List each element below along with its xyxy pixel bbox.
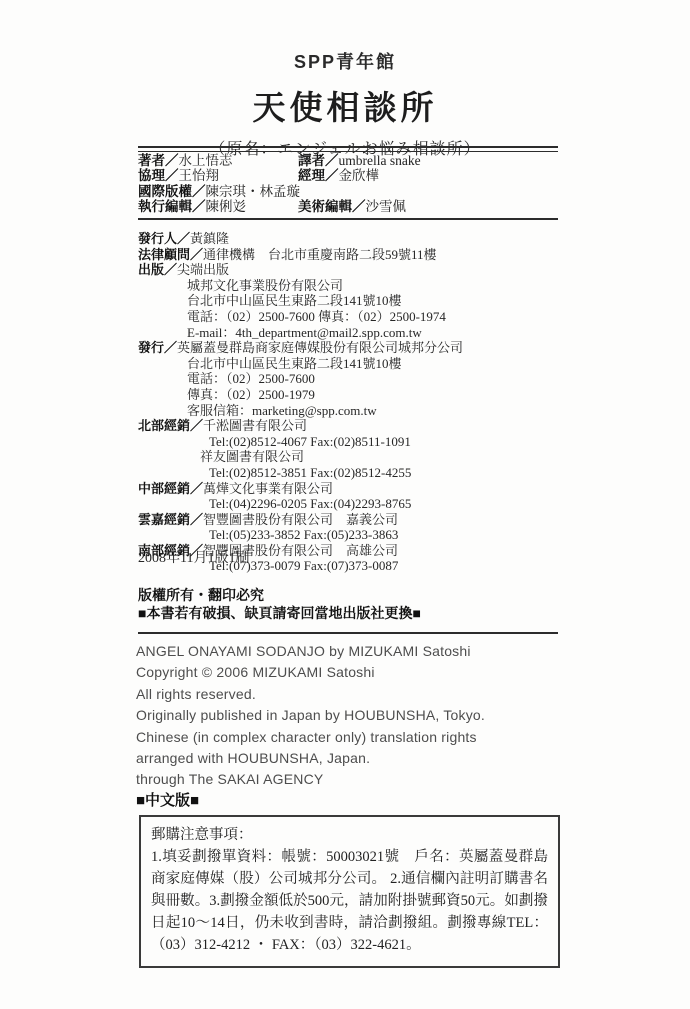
divider-credits-bottom-rule <box>138 218 558 220</box>
credit-role-label: 協理／ <box>138 168 179 183</box>
credit-role-label: 譯者／ <box>298 153 339 168</box>
credit-cell-right: 譯者／umbrella snake <box>298 153 421 168</box>
colophon-line: E-mail：4th_department@mail2.spp.com.tw <box>138 325 578 341</box>
colophon-line-label: 雲嘉經銷／ <box>138 512 203 527</box>
colophon-line: 客服信箱：marketing@spp.com.tw <box>138 403 578 419</box>
colophon-line: 傳真：（02）2500-1979 <box>138 387 578 403</box>
colophon-line: 電話：（02）2500-7600 <box>138 371 578 387</box>
colophon-line-label: 出版／ <box>138 262 177 277</box>
series-name: SPP青年館 <box>0 48 690 74</box>
credit-role-label: 國際版權／ <box>138 184 206 199</box>
colophon-line: 祥友圖書有限公司 <box>138 449 578 465</box>
colophon-line: 電話：（02）2500-7600 傳真：（02）2500-1974 <box>138 309 578 325</box>
english-copyright-block: ANGEL ONAYAMI SODANJO by MIZUKAMI Satosh… <box>136 641 576 791</box>
colophon-page: SPP青年館 天使相談所 （原名：エンジェルお悩み相談所） 著者／水上悟志譯者／… <box>0 0 690 1009</box>
rights-notice-line2: ■本書若有破損、缺頁請寄回當地出版社更換■ <box>138 605 421 623</box>
credit-role-label: 經理／ <box>298 168 339 183</box>
credit-cell-right: 美術編輯／沙雪佩 <box>298 199 406 214</box>
credit-cell-left: 著者／水上悟志 <box>138 153 298 168</box>
staff-credits-table: 著者／水上悟志譯者／umbrella snake協理／王怡翔經理／金欣樺國際版權… <box>138 153 568 215</box>
divider-top-double-rule <box>138 146 558 152</box>
credit-row: 國際版權／陳宗琪・林孟璇 <box>138 184 568 199</box>
colophon-line-label: 發行人／ <box>138 231 190 246</box>
credit-role-label: 執行編輯／ <box>138 199 206 214</box>
colophon-line-label: 中部經銷／ <box>138 481 203 496</box>
english-copyright-line: All rights reserved. <box>136 684 576 705</box>
publication-info-block: 發行人／黃鎮隆法律顧問／通律機構 台北市重慶南路二段59號11樓出版／尖端出版城… <box>138 231 578 574</box>
colophon-line: 北部經銷／千淞圖書有限公司 <box>138 418 578 434</box>
english-copyright-line: Chinese (in complex character only) tran… <box>136 727 576 748</box>
credit-row: 協理／王怡翔經理／金欣樺 <box>138 168 568 183</box>
colophon-line-label: 發行／ <box>138 340 177 355</box>
colophon-line: Tel:(02)8512-4067 Fax:(02)8511-1091 <box>138 434 578 450</box>
credit-role-label: 美術編輯／ <box>298 199 366 214</box>
mail-order-body: 1.填妥劃撥單資料：帳號：50003021號 戶名：英屬蓋曼群島商家庭傳媒（股）… <box>151 846 548 956</box>
english-copyright-line: Copyright © 2006 MIZUKAMI Satoshi <box>136 662 576 683</box>
rights-notice: 版權所有・翻印必究 ■本書若有破損、缺頁請寄回當地出版社更換■ <box>138 587 421 622</box>
colophon-line: Tel:(04)2296-0205 Fax:(04)2293-8765 <box>138 496 578 512</box>
english-copyright-line: Originally published in Japan by HOUBUNS… <box>136 705 576 726</box>
credit-cell-left: 協理／王怡翔 <box>138 168 298 183</box>
colophon-line: 雲嘉經銷／智豐圖書股份有限公司 嘉義公司 <box>138 512 578 528</box>
colophon-line: 城邦文化事業股份有限公司 <box>138 278 578 294</box>
mail-order-notice-box: 郵購注意事項： 1.填妥劃撥單資料：帳號：50003021號 戶名：英屬蓋曼群島… <box>139 815 560 968</box>
english-copyright-line: ANGEL ONAYAMI SODANJO by MIZUKAMI Satosh… <box>136 641 576 662</box>
colophon-line: 中部經銷／萬燁文化事業有限公司 <box>138 481 578 497</box>
divider-english-rule <box>138 632 558 634</box>
english-copyright-line: through The SAKAI AGENCY <box>136 769 576 790</box>
credit-row: 執行編輯／陳俐彣美術編輯／沙雪佩 <box>138 199 568 214</box>
credit-cell-left: 執行編輯／陳俐彣 <box>138 199 298 214</box>
rights-notice-line1: 版權所有・翻印必究 <box>138 587 421 605</box>
colophon-line: 出版／尖端出版 <box>138 262 578 278</box>
book-title: 天使相談所 <box>0 82 690 129</box>
english-copyright-line: arranged with HOUBUNSHA, Japan. <box>136 748 576 769</box>
book-header: SPP青年館 天使相談所 （原名：エンジェルお悩み相談所） <box>0 48 690 159</box>
credit-row: 著者／水上悟志譯者／umbrella snake <box>138 153 568 168</box>
credit-role-label: 著者／ <box>138 153 179 168</box>
colophon-line: 法律顧問／通律機構 台北市重慶南路二段59號11樓 <box>138 247 578 263</box>
colophon-line: 台北市中山區民生東路二段141號10樓 <box>138 356 578 372</box>
colophon-line: 台北市中山區民生東路二段141號10樓 <box>138 293 578 309</box>
chinese-edition-label: ■中文版■ <box>136 789 199 810</box>
colophon-line-label: 北部經銷／ <box>138 418 203 433</box>
colophon-line: 發行人／黃鎮隆 <box>138 231 578 247</box>
colophon-line-label: 法律顧問／ <box>138 247 203 262</box>
credit-cell-right: 經理／金欣樺 <box>298 168 379 183</box>
colophon-line: Tel:(05)233-3852 Fax:(05)233-3863 <box>138 527 578 543</box>
colophon-line: 發行／英屬蓋曼群島商家庭傳媒股份有限公司城邦分公司 <box>138 340 578 356</box>
mail-order-heading: 郵購注意事項： <box>151 824 548 846</box>
edition-printing-line: 2008年11月1版1刷 <box>138 547 249 567</box>
credit-cell-left: 國際版權／陳宗琪・林孟璇 <box>138 184 298 199</box>
colophon-line: Tel:(02)8512-3851 Fax:(02)8512-4255 <box>138 465 578 481</box>
